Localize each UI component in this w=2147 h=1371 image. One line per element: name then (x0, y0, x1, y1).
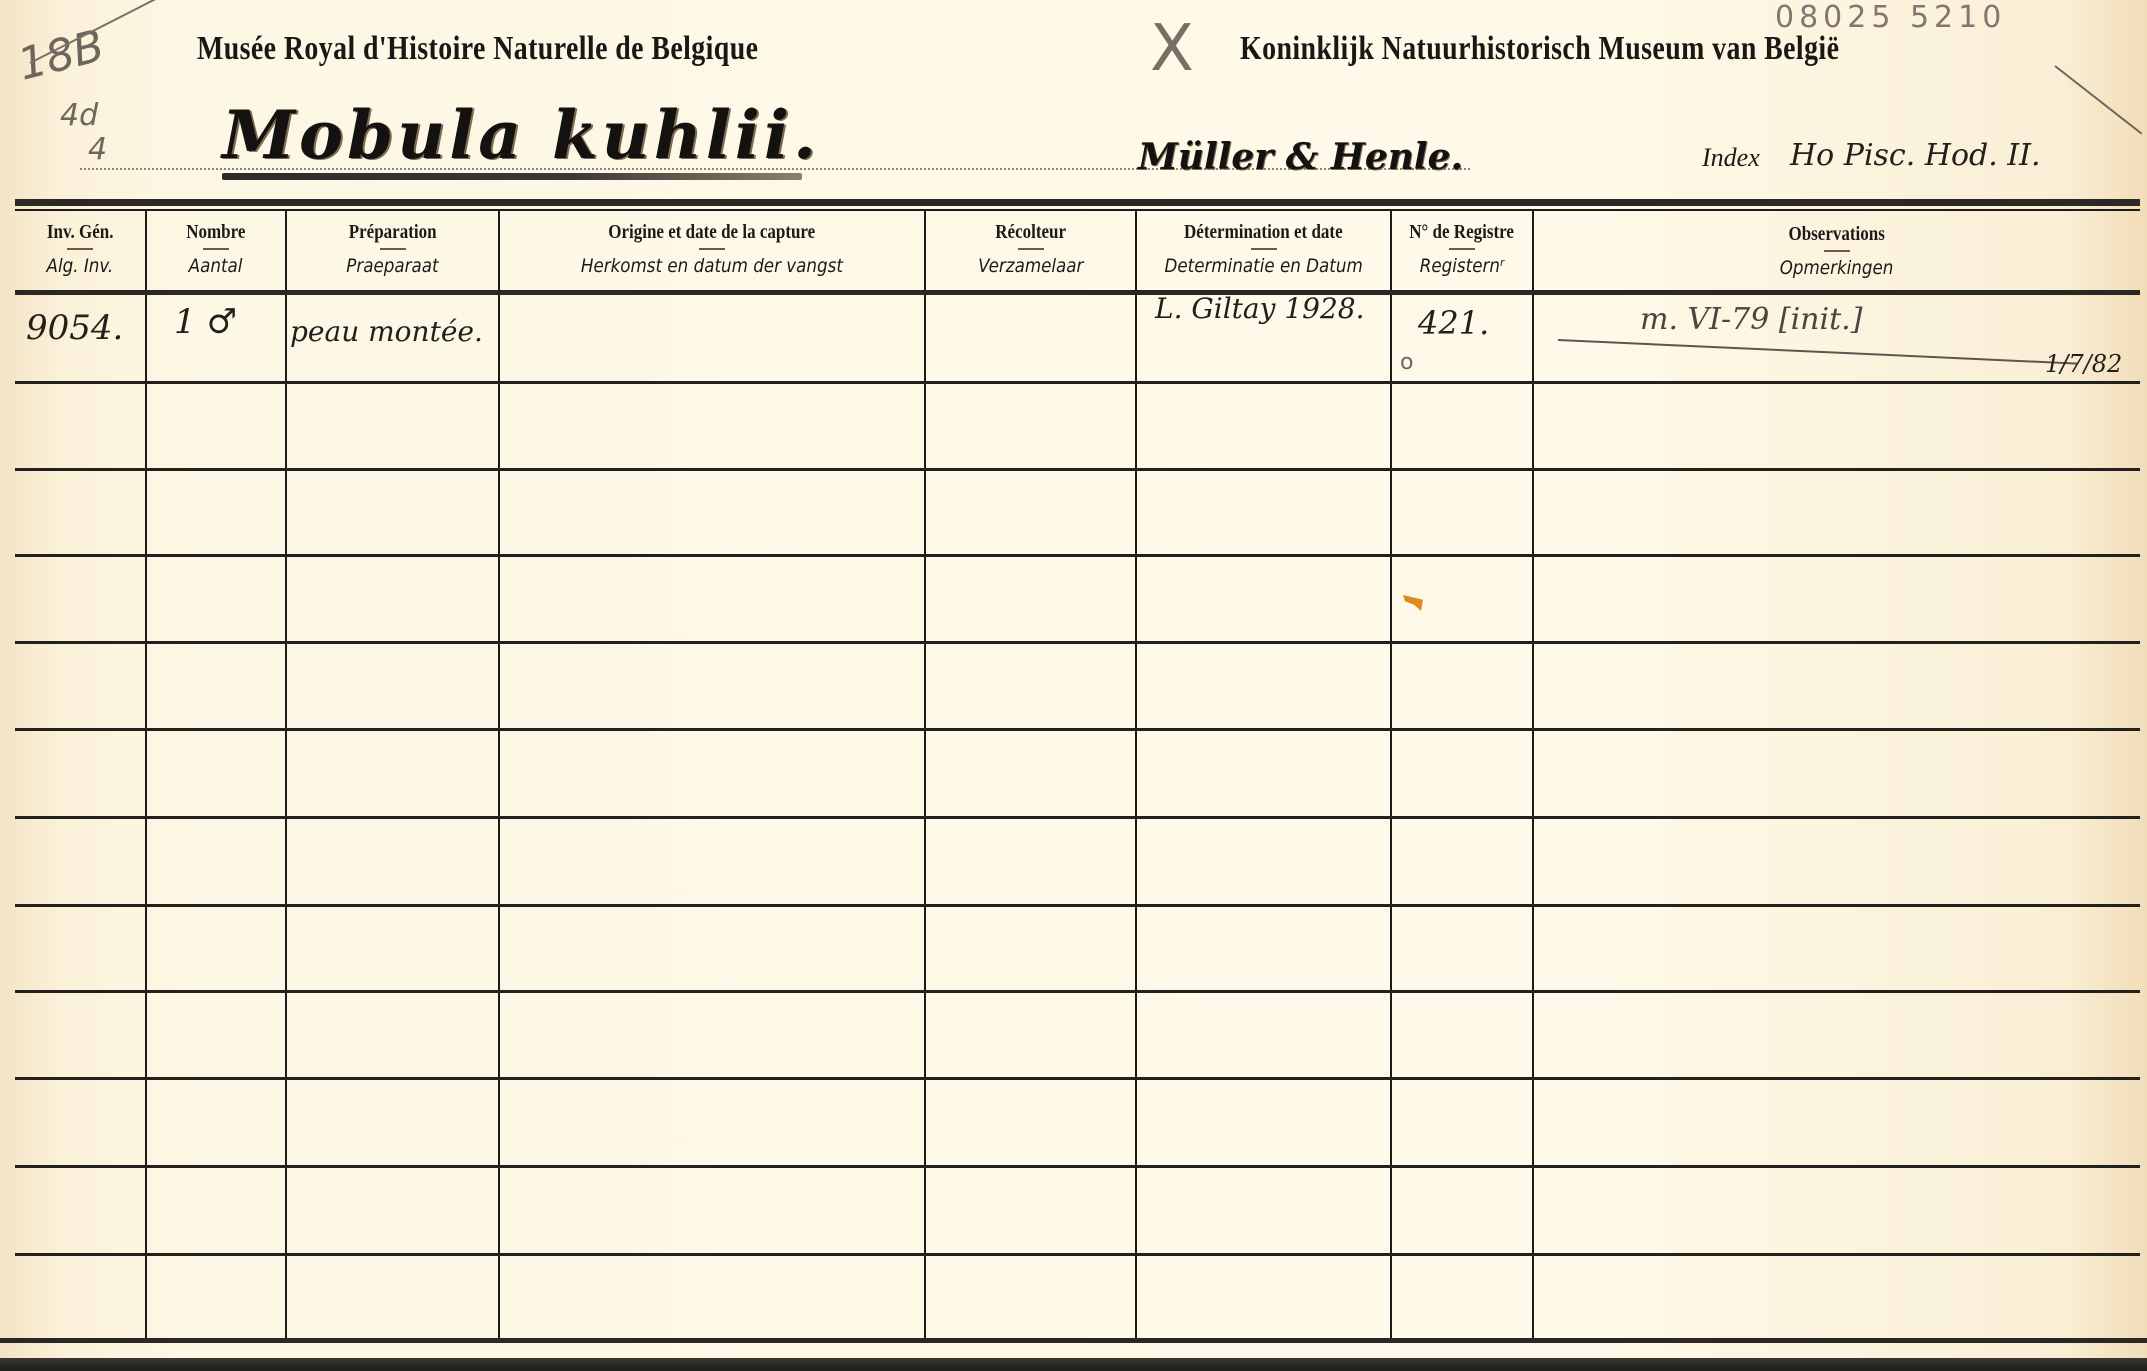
column-header-nl: Alg. Inv. (47, 257, 114, 276)
column-header-observations: Observations Opmerkingen (1534, 224, 2140, 278)
column-header-nl: Herkomst en datum der vangst (581, 257, 843, 276)
header-dash (1018, 248, 1044, 250)
column-header-fr: Observations (1789, 224, 1885, 244)
row-divider (15, 904, 2140, 907)
row-divider (15, 728, 2140, 731)
row-divider (15, 1253, 2140, 1256)
column-header-fr: Préparation (349, 222, 437, 242)
column-divider (498, 209, 500, 1340)
row-divider (15, 554, 2140, 557)
row-divider (15, 1077, 2140, 1080)
column-header-fr: Origine et date de la capture (609, 222, 816, 242)
column-header-nl: Opmerkingen (1780, 259, 1894, 278)
species-author: Müller & Henle. (1138, 136, 1463, 178)
index-label: Index (1702, 143, 1760, 173)
column-header-preparation: Préparation Praeparaat (287, 222, 498, 276)
annotation-top-left-extra: 4 (88, 132, 107, 167)
cell-register-mark: o (1400, 350, 1413, 375)
annotation-top-right-stroke (2054, 65, 2142, 134)
cell-preparation: peau montée. (290, 315, 483, 348)
column-header-nl: Registernʳ (1420, 257, 1505, 276)
row-divider (15, 990, 2140, 993)
table-top-rule (15, 199, 2140, 206)
column-divider (1135, 209, 1137, 1340)
header-dash (380, 248, 406, 250)
species-name: Mobula kuhlii. (222, 96, 820, 174)
table-bottom-rule (0, 1338, 2147, 1343)
column-header-origin: Origine et date de la capture Herkomst e… (500, 222, 924, 276)
column-header-fr: Inv. Gén. (47, 222, 114, 242)
column-divider (285, 209, 287, 1340)
column-header-collector: Récolteur Verzamelaar (926, 222, 1135, 276)
row-divider (15, 381, 2140, 384)
annotation-top-left-denominator: 4d (60, 98, 98, 133)
row-divider (15, 816, 2140, 819)
header-bottom-rule (15, 290, 2140, 295)
column-header-nl: Verzamelaar (978, 257, 1083, 276)
column-divider (1532, 209, 1534, 1340)
species-underline (222, 173, 802, 180)
museum-title-fr: Musée Royal d'Histoire Naturelle de Belg… (197, 30, 758, 68)
cross-mark: X (1150, 12, 1194, 86)
annotation-top-right-numbers: 08025 5210 (1775, 0, 2006, 35)
column-header-fr: N° de Registre (1410, 222, 1515, 242)
column-divider (924, 209, 926, 1340)
cell-determination: L. Giltay 1928. (1155, 292, 1365, 325)
column-header-fr: Détermination et date (1184, 222, 1343, 242)
column-header-nl: Determinatie en Datum (1164, 257, 1362, 276)
cell-register: 421. (1418, 304, 1489, 342)
column-header-fr: Nombre (186, 222, 245, 242)
header-dash (699, 248, 725, 250)
card-bottom-edge (0, 1358, 2147, 1371)
column-header-nl: Praeparaat (346, 257, 438, 276)
column-divider (145, 209, 147, 1340)
observations-strike-line (1558, 339, 2078, 365)
cell-count: 1 ♂ (174, 302, 237, 342)
table-top-rule-thin (15, 209, 2140, 211)
paper-stain (1403, 595, 1423, 611)
column-header-inv: Inv. Gén. Alg. Inv. (15, 222, 145, 276)
column-header-nl: Aantal (189, 257, 243, 276)
row-divider (15, 1165, 2140, 1168)
header-dash (1251, 248, 1277, 250)
cell-inv: 9054. (26, 308, 123, 348)
header-dash (1449, 248, 1475, 250)
header-dash (203, 248, 229, 250)
museum-title-nl: Koninklijk Natuurhistorisch Museum van B… (1240, 30, 1839, 68)
row-divider (15, 468, 2140, 471)
column-header-count: Nombre Aantal (147, 222, 285, 276)
column-divider (1390, 209, 1392, 1340)
cell-observations-date: 1/7/82 (2045, 350, 2122, 378)
header-dash (1824, 250, 1850, 252)
header-dash (67, 248, 93, 250)
row-divider (15, 641, 2140, 644)
index-value: Ho Pisc. Hod. II. (1790, 138, 2041, 173)
column-header-register: N° de Registre Registernʳ (1392, 222, 1532, 276)
column-header-determination: Détermination et date Determinatie en Da… (1137, 222, 1390, 276)
column-header-fr: Récolteur (995, 222, 1066, 242)
cell-observations: m. VI-79 [init.] (1640, 302, 1862, 337)
